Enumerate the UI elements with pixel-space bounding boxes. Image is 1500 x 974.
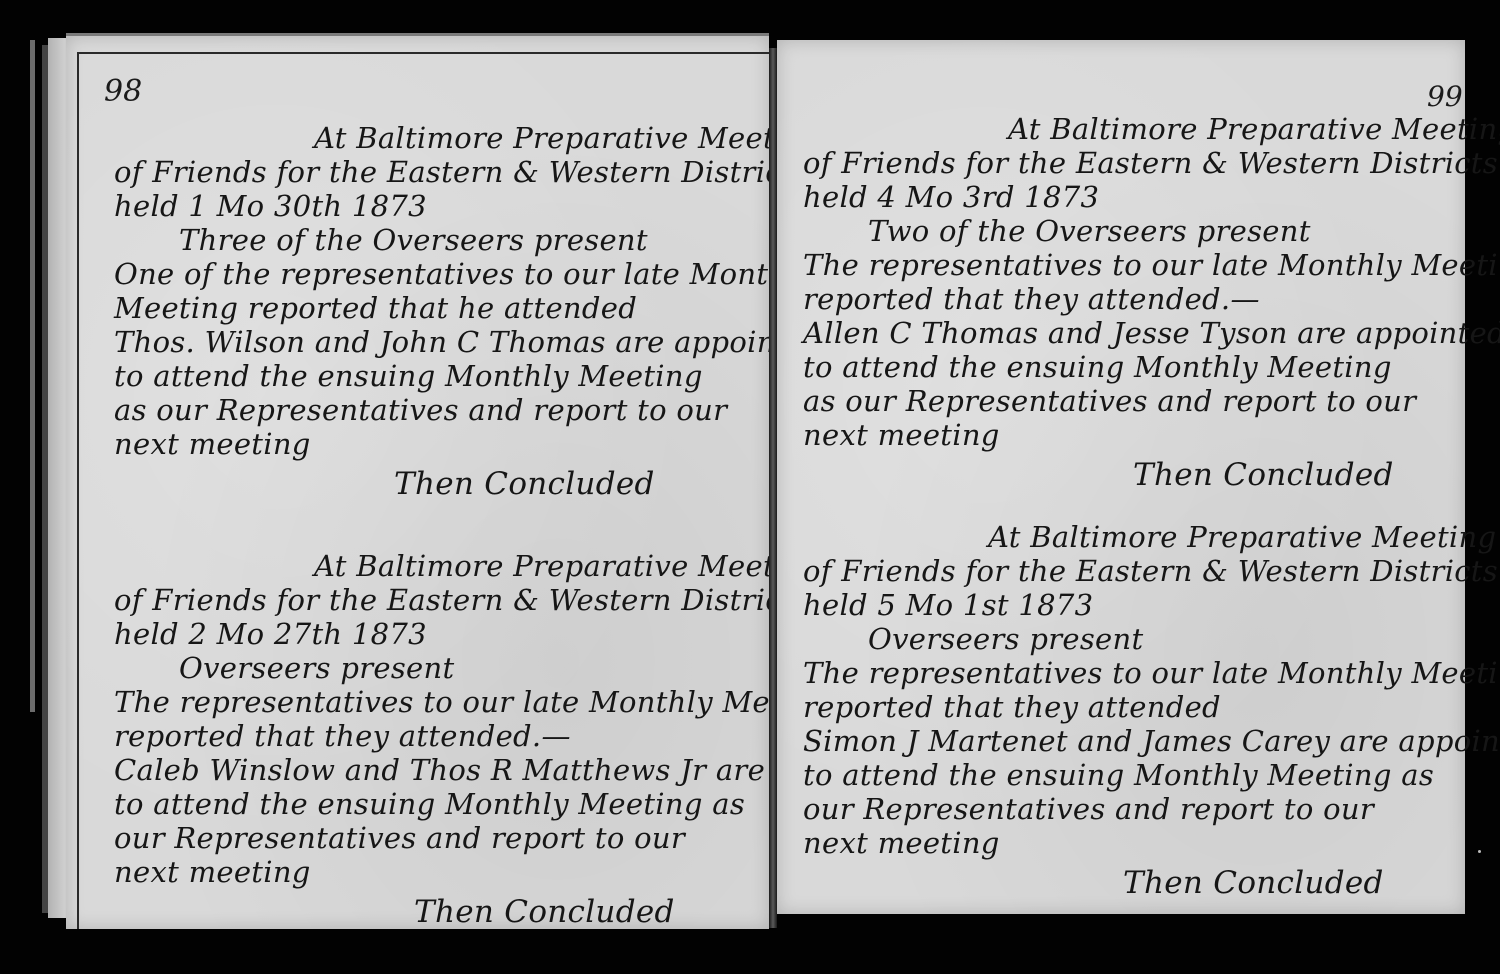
entry-body-line: Simon J Martenet and James Carey are app… <box>803 724 1500 758</box>
entry-heading: At Baltimore Preparative Meeting <box>803 112 1500 146</box>
entry-body-line: to attend the ensuing Monthly Meeting as <box>803 758 1500 792</box>
entry-body-line: Meeting reported that he attended <box>114 291 824 325</box>
entry-body-line: next meeting <box>114 427 824 461</box>
entry-body-line: next meeting <box>803 826 1500 860</box>
entry-body-line: Allen C Thomas and Jesse Tyson are appoi… <box>803 316 1500 350</box>
page-number: 98 <box>104 74 142 109</box>
entry-overseers: Overseers present <box>803 622 1500 656</box>
entry-body-line: to attend the ensuing Monthly Meeting <box>803 350 1500 384</box>
entry-body-line: next meeting <box>803 418 1500 452</box>
entry-line: of Friends for the Eastern & Western Dis… <box>114 155 824 189</box>
entry-heading: At Baltimore Preparative Meeting <box>114 121 824 155</box>
entry-body-line: Thos. Wilson and John C Thomas are appoi… <box>114 325 824 359</box>
book-gutter <box>769 48 777 928</box>
entry-date: held 1 Mo 30th 1873 <box>114 189 824 223</box>
entry-closing: Then Concluded <box>803 866 1500 900</box>
entry-body-line: as our Representatives and report to our <box>114 393 824 427</box>
meeting-entry: At Baltimore Preparative Meeting of Frie… <box>114 121 824 501</box>
entry-body-line: reported that they attended <box>803 690 1500 724</box>
right-page: 99 At Baltimore Preparative Meeting of F… <box>777 40 1465 914</box>
entry-overseers: Two of the Overseers present <box>803 214 1500 248</box>
page-number: 99 <box>1427 80 1463 113</box>
entry-body-line: The representatives to our late Monthly … <box>803 248 1500 282</box>
entry-body-line: our Representatives and report to our <box>803 792 1500 826</box>
entry-body-line: reported that they attended.— <box>803 282 1500 316</box>
paper-speck <box>1478 850 1481 853</box>
entry-body-line: as our Representatives and report to our <box>803 384 1500 418</box>
entry-date: held 5 Mo 1st 1873 <box>803 588 1500 622</box>
entry-overseers: Three of the Overseers present <box>114 223 824 257</box>
entry-body-line: One of the representatives to our late M… <box>114 257 824 291</box>
entry-heading: At Baltimore Preparative Meeting <box>803 520 1500 554</box>
entry-closing: Then Concluded <box>114 467 824 501</box>
entry-line: of Friends for the Eastern & Western Dis… <box>803 146 1500 180</box>
entry-date: held 4 Mo 3rd 1873 <box>803 180 1500 214</box>
entry-closing: Then Concluded <box>803 458 1500 492</box>
entry-body-line: The representatives to our late Monthly … <box>803 656 1500 690</box>
left-page: 98 At Baltimore Preparative Meeting of F… <box>66 33 769 929</box>
meeting-entry: At Baltimore Preparative Meeting of Frie… <box>803 112 1500 492</box>
book-edge-strip <box>30 40 35 712</box>
entry-line: of Friends for the Eastern & Western Dis… <box>803 554 1500 588</box>
entry-body-line: to attend the ensuing Monthly Meeting <box>114 359 824 393</box>
meeting-entry: At Baltimore Preparative Meeting of Frie… <box>803 520 1500 900</box>
